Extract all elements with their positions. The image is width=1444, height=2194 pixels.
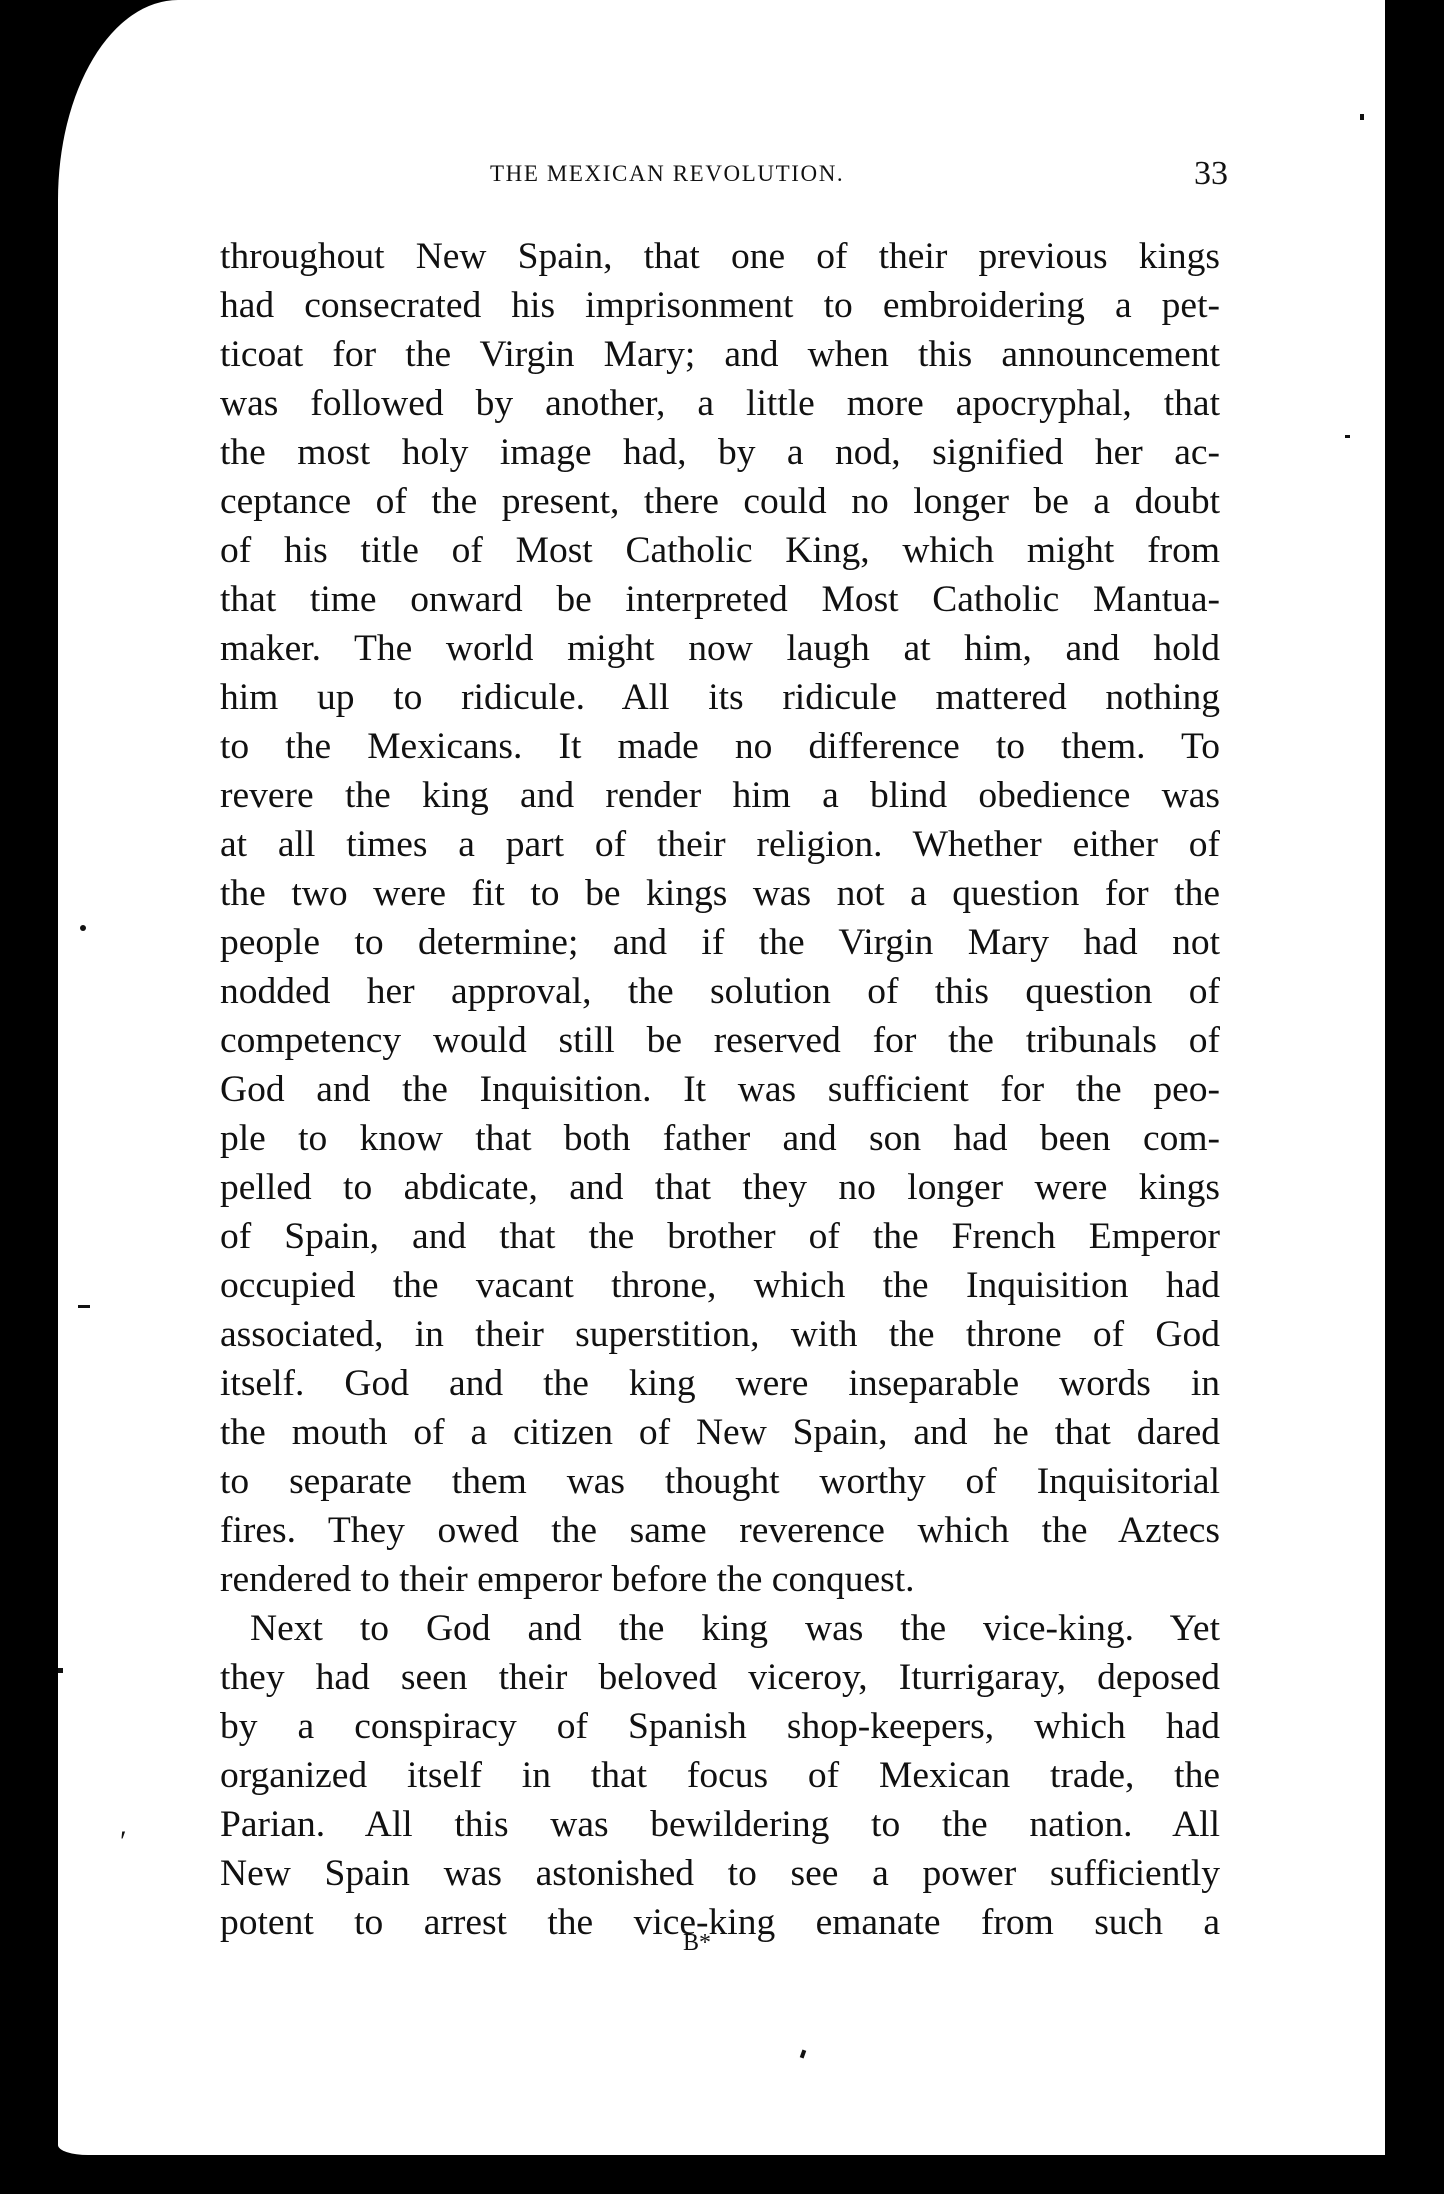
text-line: the mouth of a citizen of New Spain, and… (220, 1408, 1220, 1457)
text-line: organized itself in that focus of Mexica… (220, 1751, 1220, 1800)
text-line: him up to ridicule. All its ridicule mat… (220, 673, 1220, 722)
page-number: 33 (1194, 155, 1228, 193)
text-line: revere the king and render him a blind o… (220, 771, 1220, 820)
text-line: to the Mexicans. It made no difference t… (220, 722, 1220, 771)
page-header: THE MEXICAN REVOLUTION. 33 (490, 155, 1228, 195)
scan-speck (58, 1668, 63, 1673)
text-line: nodded her approval, the solution of thi… (220, 967, 1220, 1016)
signature-mark: B* (683, 1930, 711, 1957)
text-line: God and the Inquisition. It was sufficie… (220, 1065, 1220, 1114)
text-line: had consecrated his imprisonment to embr… (220, 281, 1220, 330)
text-line: associated, in their superstition, with … (220, 1310, 1220, 1359)
text-line: the most holy image had, by a nod, signi… (220, 428, 1220, 477)
text-line: that time onward be interpreted Most Cat… (220, 575, 1220, 624)
scan-speck (80, 925, 86, 931)
text-line: New Spain was astonished to see a power … (220, 1849, 1220, 1898)
text-line: occupied the vacant throne, which the In… (220, 1261, 1220, 1310)
scan-speck (1360, 114, 1364, 120)
margin-tick-mark: ′ (120, 1825, 127, 1859)
text-line: pelled to abdicate, and that they no lon… (220, 1163, 1220, 1212)
text-line: by a conspiracy of Spanish shop-keepers,… (220, 1702, 1220, 1751)
running-title: THE MEXICAN REVOLUTION. (490, 161, 844, 187)
text-line: at all times a part of their religion. W… (220, 820, 1220, 869)
scan-speck (1345, 435, 1350, 438)
scan-speck (78, 1305, 90, 1308)
text-line: Parian. All this was bewildering to the … (220, 1800, 1220, 1849)
scan-speck (800, 2050, 806, 2059)
text-line: ticoat for the Virgin Mary; and when thi… (220, 330, 1220, 379)
scan-bottom-border (0, 2155, 1444, 2194)
body-text: throughout New Spain, that one of their … (220, 232, 1220, 1947)
text-line: fires. They owed the same reverence whic… (220, 1506, 1220, 1555)
text-line: was followed by another, a little more a… (220, 379, 1220, 428)
book-page: THE MEXICAN REVOLUTION. 33 throughout Ne… (58, 0, 1385, 2155)
text-line: of Spain, and that the brother of the Fr… (220, 1212, 1220, 1261)
text-line: ceptance of the present, there could no … (220, 477, 1220, 526)
text-line: people to determine; and if the Virgin M… (220, 918, 1220, 967)
text-line: to separate them was thought worthy of I… (220, 1457, 1220, 1506)
paragraph-end-line: rendered to their emperor before the con… (220, 1555, 1220, 1604)
text-line: throughout New Spain, that one of their … (220, 232, 1220, 281)
text-line: they had seen their beloved viceroy, Itu… (220, 1653, 1220, 1702)
text-line: of his title of Most Catholic King, whic… (220, 526, 1220, 575)
text-line: maker. The world might now laugh at him,… (220, 624, 1220, 673)
text-line: ple to know that both father and son had… (220, 1114, 1220, 1163)
text-line: competency would still be reserved for t… (220, 1016, 1220, 1065)
paragraph-start-line: Next to God and the king was the vice-ki… (220, 1604, 1220, 1653)
text-line: itself. God and the king were inseparabl… (220, 1359, 1220, 1408)
text-line: the two were fit to be kings was not a q… (220, 869, 1220, 918)
text-line: potent to arrest the vice-king emanate f… (220, 1898, 1220, 1947)
